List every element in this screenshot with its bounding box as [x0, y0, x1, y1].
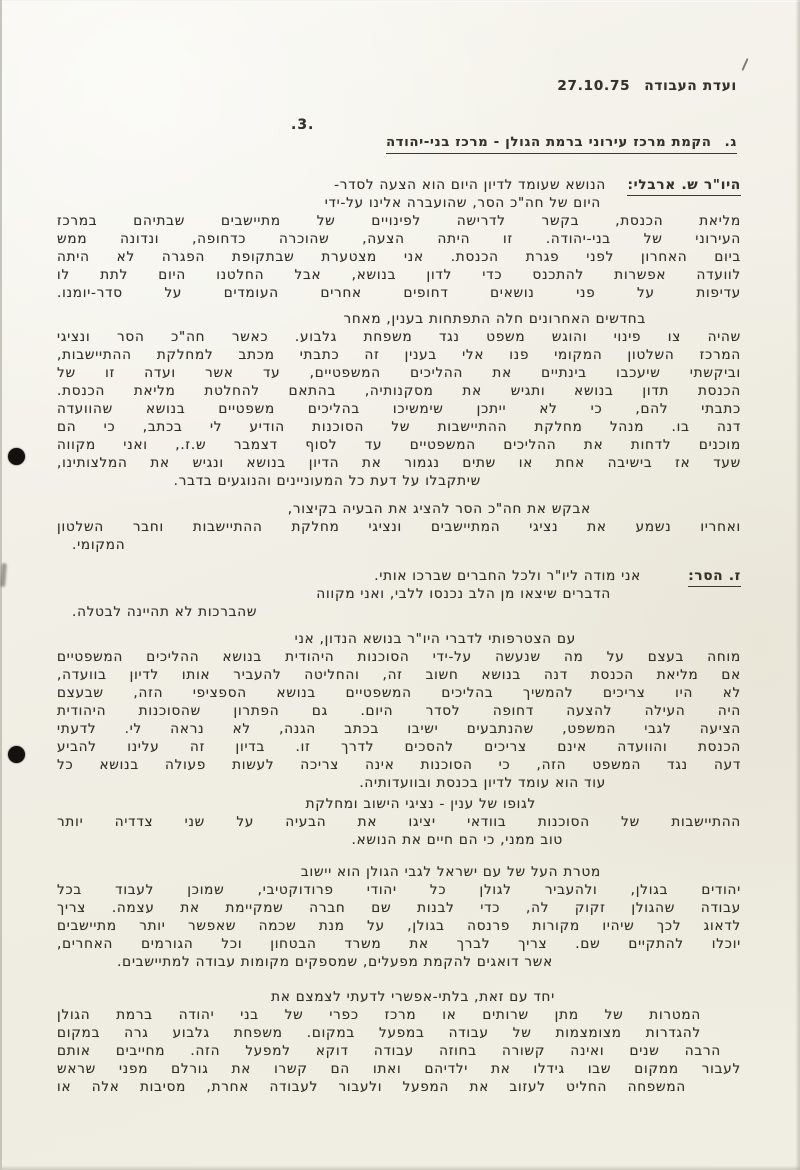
line-text: ואחריו נשמע את נציגי המתיישבים ונציגי מח…: [57, 519, 741, 535]
text-line: המטרות של מתן שרותים או מרכז כפרי של בני…: [57, 1006, 741, 1024]
line-text: אשר דואגים להקמת מפעלים, שמספקים מקומות …: [117, 954, 553, 970]
line-text: שיתקבלו על דעת כל המעוניינים והנוגעים בד…: [174, 473, 481, 489]
line-text: יחד עם זאת, בלתי-אפשרי לדעתי לצמצם את: [271, 989, 555, 1005]
line-text: אני מודה ליו"ר ולכל החברים שברכו אותי.: [374, 568, 641, 584]
text-line: עבודה שהגולן זקוק לה, כדי לבנות שם חברה …: [57, 899, 741, 917]
text-line: מליאת הכנסת, בקשר לדרישה לפינויים של מתי…: [57, 212, 741, 230]
line-text: ביום האחרון לפני פגרת הכנסת. אני מצטערת …: [57, 249, 741, 265]
speaker-name: ז. הסר:: [688, 567, 741, 587]
line-text: דנה בו. מנהל מחלקת ההתיישבות של הסוכנות …: [57, 419, 741, 435]
text-line: אבקש את חה"כ הסר להציג את הבעיה בקיצור,: [57, 500, 741, 518]
paragraph-block: אבקש את חה"כ הסר להציג את הבעיה בקיצור,ו…: [57, 500, 741, 554]
text-line: דעה נגד המשפט הזה, כי הסוכנות אינה צריכה…: [57, 756, 741, 774]
line-text: טוב ממני, כי הם חיים את הנושא.: [352, 832, 563, 848]
line-text: הכנסת והוועדה אינם צריכים להסכים לדרך זו…: [57, 739, 741, 755]
line-text: לוועדה אפשרות להתכנס כדי לדון בנושא, אבל…: [57, 267, 741, 283]
text-line: ז. הסר:אני מודה ליו"ר ולכל החברים שברכו …: [57, 567, 741, 585]
document-body: היו"ר ש. ארבלי:הנושא שעומד לדיון היום הו…: [0, 0, 800, 1170]
line-text: היה העילה להצעה דחופה לסדר היום. גם הפתר…: [57, 703, 741, 719]
text-line: לוועדה אפשרות להתכנס כדי לדון בנושא, אבל…: [57, 266, 741, 284]
text-line: יוכלו להתקיים שם. צריך לברך את משרד הבטח…: [57, 935, 741, 953]
text-line: וביקשתי שיעכבו בינתיים את ההליכים המשפטי…: [57, 364, 741, 382]
text-line: הכנסת והוועדה אינם צריכים להסכים לדרך זו…: [57, 738, 741, 756]
line-text: מוחה בעצם על מה שנעשה על-ידי הסוכנות היה…: [57, 649, 741, 665]
line-text: עדיפות על פני נושאים דחופים אחרים העומדי…: [57, 285, 741, 301]
text-line: ביום האחרון לפני פגרת הכנסת. אני מצטערת …: [57, 248, 741, 266]
text-line: יחד עם זאת, בלתי-אפשרי לדעתי לצמצם את: [57, 988, 741, 1006]
hole-punch-mark: [8, 746, 25, 763]
hole-punch-mark: [8, 448, 25, 465]
text-line: יהודים בגולן, ולהעביר לגולן כל יהודי פרו…: [57, 881, 741, 899]
line-text: לעבור ממקום שבו גידלו את ילדיהם ואתו הם …: [57, 1061, 741, 1077]
text-line: היו"ר ש. ארבלי:הנושא שעומד לדיון היום הו…: [57, 176, 741, 194]
text-line: עדיפות על פני נושאים דחופים אחרים העומדי…: [57, 284, 741, 302]
line-text: המטרות של מתן שרותים או מרכז כפרי של בני…: [57, 1007, 701, 1023]
line-text: הנושא שעומד לדיון היום הוא הצעה לסדר-: [334, 177, 606, 193]
line-text: כתבתי להם, כי לא ייתכן שימשיכו בהליכים מ…: [57, 401, 741, 417]
line-text: מליאת הכנסת, בקשר לדרישה לפינויים של מתי…: [57, 213, 741, 229]
line-text: הציעה לגבי המשפט, שהנתבעים ישיבו בכתב הג…: [57, 721, 741, 737]
line-text: לגופו של ענין - נציגי הישוב ומחלקת: [306, 796, 536, 812]
text-line: שעד אז בישיבה אחת או שתים נגמור את הדיון…: [57, 454, 741, 472]
line-text: דעה נגד המשפט הזה, כי הסוכנות אינה צריכה…: [57, 757, 741, 773]
text-line: מטרת העל של עם ישראל לגבי הגולן הוא יישו…: [57, 863, 741, 881]
line-text: העירוני של בני-יהודה. זו היתה הצעה, שהוכ…: [57, 231, 741, 247]
text-line: המרכז השלטון המקומי פנו אלי בענין זה כתב…: [57, 346, 741, 364]
line-text: המרכז השלטון המקומי פנו אלי בענין זה כתב…: [57, 347, 741, 363]
text-line: לדאוג לכך שיהיו מקורות פרנסה בגולן, על מ…: [57, 917, 741, 935]
text-line: עוד הוא עומד לדיון בכנסת ובוועדותיה.: [57, 774, 741, 792]
paragraph-block: בחדשים האחרונים חלה התפתחות בענין, מאחרש…: [57, 310, 741, 490]
text-line: היה העילה להצעה דחופה לסדר היום. גם הפתר…: [57, 702, 741, 720]
line-text: אם מליאת הכנסת דנה בנושא חשוב זה, והחליט…: [57, 667, 741, 683]
text-line: שהברכות לא תהיינה לבטלה.: [57, 603, 741, 621]
text-line: ההתיישבות של הסוכנות בוודאי יציגו את הבע…: [57, 813, 741, 831]
line-text: לא היו צריכים להמשיך בהליכים המשפטיים בנ…: [57, 685, 741, 701]
line-text: וביקשתי שיעכבו בינתיים את ההליכים המשפטי…: [57, 365, 741, 381]
line-text: שהברכות לא תהיינה לבטלה.: [72, 604, 257, 620]
paragraph-block: מטרת העל של עם ישראל לגבי הגולן הוא יישו…: [57, 863, 741, 971]
line-text: המשפחה החליט לעזוב את המפעל ולעבור לעבוד…: [57, 1079, 686, 1095]
text-line: דנה בו. מנהל מחלקת ההתיישבות של הסוכנות …: [57, 418, 741, 436]
line-text: מוכנים לדחות את ההליכים המשפטיים עד לסוף…: [57, 437, 741, 453]
line-text: שעד אז בישיבה אחת או שתים נגמור את הדיון…: [57, 455, 741, 471]
paragraph-block: יחד עם זאת, בלתי-אפשרי לדעתי לצמצם אתהמט…: [57, 988, 741, 1096]
line-text: מטרת העל של עם ישראל לגבי הגולן הוא יישו…: [301, 864, 601, 880]
text-line: הדברים שיצאו מן הלב נכנסו ללבי, ואני מקו…: [57, 585, 741, 603]
paragraph-block: היו"ר ש. ארבלי:הנושא שעומד לדיון היום הו…: [57, 176, 741, 302]
text-line: טוב ממני, כי הם חיים את הנושא.: [57, 831, 741, 849]
text-line: המקומי.: [57, 536, 741, 554]
text-line: עם הצטרפותי לדברי היו"ר בנושא הנדון, אני: [57, 630, 741, 648]
text-line: המשפחה החליט לעזוב את המפעל ולעבור לעבוד…: [57, 1078, 741, 1096]
text-line: מוכנים לדחות את ההליכים המשפטיים עד לסוף…: [57, 436, 741, 454]
line-text: יהודים בגולן, ולהעביר לגולן כל יהודי פרו…: [57, 882, 741, 898]
paragraph-block: לגופו של ענין - נציגי הישוב ומחלקתההתייש…: [57, 795, 741, 849]
text-line: לא היו צריכים להמשיך בהליכים המשפטיים בנ…: [57, 684, 741, 702]
line-text: עם הצטרפותי לדברי היו"ר בנושא הנדון, אני: [295, 631, 576, 647]
line-text: בחדשים האחרונים חלה התפתחות בענין, מאחר: [344, 311, 647, 327]
text-line: לעבור ממקום שבו גידלו את ילדיהם ואתו הם …: [57, 1060, 741, 1078]
line-text: להגדרות מצומצמות של עבודה במפעל במקום. מ…: [57, 1025, 701, 1041]
line-text: היום של חה"כ הסר, שהועברה אלינו על-ידי: [325, 195, 601, 211]
line-text: הכנסת תדון בנושא ותגיש את מסקנותיה, בהתא…: [57, 383, 741, 399]
text-line: אם מליאת הכנסת דנה בנושא חשוב זה, והחליט…: [57, 666, 741, 684]
line-text: לדאוג לכך שיהיו מקורות פרנסה בגולן, על מ…: [57, 918, 741, 934]
text-line: בחדשים האחרונים חלה התפתחות בענין, מאחר: [57, 310, 741, 328]
line-text: ההתיישבות של הסוכנות בוודאי יציגו את הבע…: [57, 814, 741, 830]
text-line: להגדרות מצומצמות של עבודה במפעל במקום. מ…: [57, 1024, 741, 1042]
text-line: הכנסת תדון בנושא ותגיש את מסקנותיה, בהתא…: [57, 382, 741, 400]
text-line: הרבה שנים ואינה קשורה בחוזה עבודה דוקא ל…: [57, 1042, 741, 1060]
line-text: שהיה צו פינוי והוגש משפט נגד משפחת גלבוע…: [57, 329, 741, 345]
line-text: עבודה שהגולן זקוק לה, כדי לבנות שם חברה …: [57, 900, 741, 916]
text-line: העירוני של בני-יהודה. זו היתה הצעה, שהוכ…: [57, 230, 741, 248]
line-text: הדברים שיצאו מן הלב נכנסו ללבי, ואני מקו…: [316, 586, 611, 602]
paragraph-block: ז. הסר:אני מודה ליו"ר ולכל החברים שברכו …: [57, 567, 741, 621]
paragraph-block: עם הצטרפותי לדברי היו"ר בנושא הנדון, אני…: [57, 630, 741, 792]
line-text: המקומי.: [72, 537, 125, 553]
text-line: אשר דואגים להקמת מפעלים, שמספקים מקומות …: [57, 953, 741, 971]
text-line: הציעה לגבי המשפט, שהנתבעים ישיבו בכתב הג…: [57, 720, 741, 738]
line-text: הרבה שנים ואינה קשורה בחוזה עבודה דוקא ל…: [57, 1043, 721, 1059]
text-line: שיתקבלו על דעת כל המעוניינים והנוגעים בד…: [57, 472, 741, 490]
line-text: עוד הוא עומד לדיון בכנסת ובוועדותיה.: [359, 775, 606, 791]
line-text: יוכלו להתקיים שם. צריך לברך את משרד הבטח…: [57, 936, 741, 952]
text-line: שהיה צו פינוי והוגש משפט נגד משפחת גלבוע…: [57, 328, 741, 346]
line-text: אבקש את חה"כ הסר להציג את הבעיה בקיצור,: [288, 501, 591, 517]
speaker-name: היו"ר ש. ארבלי:: [627, 176, 741, 196]
text-line: היום של חה"כ הסר, שהועברה אלינו על-ידי: [57, 194, 741, 212]
text-line: מוחה בעצם על מה שנעשה על-ידי הסוכנות היה…: [57, 648, 741, 666]
text-line: כתבתי להם, כי לא ייתכן שימשיכו בהליכים מ…: [57, 400, 741, 418]
text-line: לגופו של ענין - נציגי הישוב ומחלקת: [57, 795, 741, 813]
scanned-document-page: ועדת העבודה27.10.75 .3. ג.הקמת מרכז עירו…: [0, 0, 800, 1170]
text-line: ואחריו נשמע את נציגי המתיישבים ונציגי מח…: [57, 518, 741, 536]
